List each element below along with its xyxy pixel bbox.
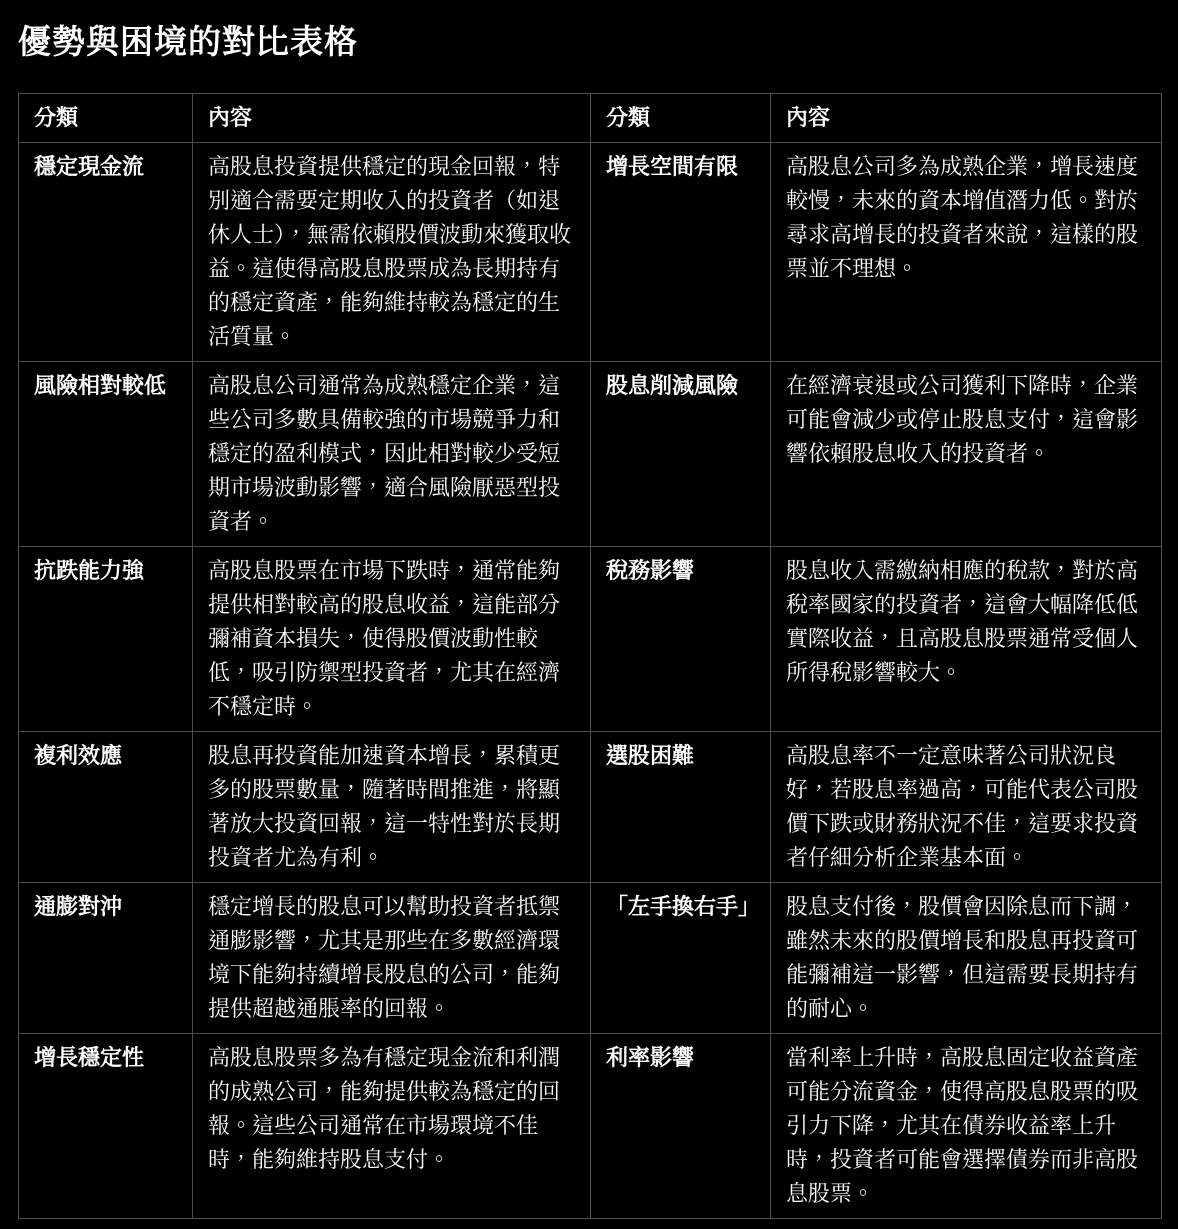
content-cell-advantage: 高股息股票多為有穩定現金流和利潤的成熟公司，能夠提供較為穩定的回報。這些公司通常… [193,1034,591,1219]
comparison-table: 分類 內容 分類 內容 穩定現金流 高股息投資提供穩定的現金回報，特別適合需要定… [18,93,1162,1219]
category-cell-disadvantage: 利率影響 [591,1034,771,1219]
content-cell-advantage: 股息再投資能加速資本增長，累積更多的股票數量，隨著時間推進，將顯著放大投資回報，… [193,732,591,883]
content-cell-disadvantage: 高股息率不一定意味著公司狀況良好，若股息率過高，可能代表公司股價下跌或財務狀況不… [771,732,1162,883]
table-row: 複利效應 股息再投資能加速資本增長，累積更多的股票數量，隨著時間推進，將顯著放大… [19,732,1162,883]
category-cell-advantage: 抗跌能力強 [19,547,193,732]
table-row: 穩定現金流 高股息投資提供穩定的現金回報，特別適合需要定期收入的投資者（如退休人… [19,143,1162,362]
content-cell-disadvantage: 高股息公司多為成熟企業，增長速度較慢，未來的資本增值潛力低。對於尋求高增長的投資… [771,143,1162,362]
category-cell-advantage: 複利效應 [19,732,193,883]
header-category-right: 分類 [591,94,771,143]
content-cell-advantage: 高股息公司通常為成熟穩定企業，這些公司多數具備較強的市場競爭力和穩定的盈利模式，… [193,362,591,547]
table-row: 風險相對較低 高股息公司通常為成熟穩定企業，這些公司多數具備較強的市場競爭力和穩… [19,362,1162,547]
table-row: 抗跌能力強 高股息股票在市場下跌時，通常能夠提供相對較高的股息收益，這能部分彌補… [19,547,1162,732]
page: 優勢與困境的對比表格 分類 內容 分類 內容 穩定現金流 高股息投資提供穩定的現… [0,0,1178,1229]
table-row: 增長穩定性 高股息股票多為有穩定現金流和利潤的成熟公司，能夠提供較為穩定的回報。… [19,1034,1162,1219]
category-cell-advantage: 通膨對沖 [19,883,193,1034]
content-cell-disadvantage: 在經濟衰退或公司獲利下降時，企業可能會減少或停止股息支付，這會影響依賴股息收入的… [771,362,1162,547]
table-header-row: 分類 內容 分類 內容 [19,94,1162,143]
header-content-left: 內容 [193,94,591,143]
content-cell-advantage: 高股息投資提供穩定的現金回報，特別適合需要定期收入的投資者（如退休人士），無需依… [193,143,591,362]
header-category-left: 分類 [19,94,193,143]
category-cell-advantage: 增長穩定性 [19,1034,193,1219]
content-cell-disadvantage: 股息收入需繳納相應的稅款，對於高稅率國家的投資者，這會大幅降低低實際收益，且高股… [771,547,1162,732]
category-cell-advantage: 穩定現金流 [19,143,193,362]
category-cell-advantage: 風險相對較低 [19,362,193,547]
category-cell-disadvantage: 股息削減風險 [591,362,771,547]
content-cell-disadvantage: 當利率上升時，高股息固定收益資產可能分流資金，使得高股息股票的吸引力下降，尤其在… [771,1034,1162,1219]
header-content-right: 內容 [771,94,1162,143]
category-cell-disadvantage: 「左手換右手」 [591,883,771,1034]
category-cell-disadvantage: 增長空間有限 [591,143,771,362]
content-cell-advantage: 穩定增長的股息可以幫助投資者抵禦通膨影響，尤其是那些在多數經濟環境下能夠持續增長… [193,883,591,1034]
category-cell-disadvantage: 選股困難 [591,732,771,883]
category-cell-disadvantage: 稅務影響 [591,547,771,732]
table-row: 通膨對沖 穩定增長的股息可以幫助投資者抵禦通膨影響，尤其是那些在多數經濟環境下能… [19,883,1162,1034]
page-title: 優勢與困境的對比表格 [18,22,1161,62]
content-cell-advantage: 高股息股票在市場下跌時，通常能夠提供相對較高的股息收益，這能部分彌補資本損失，使… [193,547,591,732]
content-cell-disadvantage: 股息支付後，股價會因除息而下調，雖然未來的股價增長和股息再投資可能彌補這一影響，… [771,883,1162,1034]
